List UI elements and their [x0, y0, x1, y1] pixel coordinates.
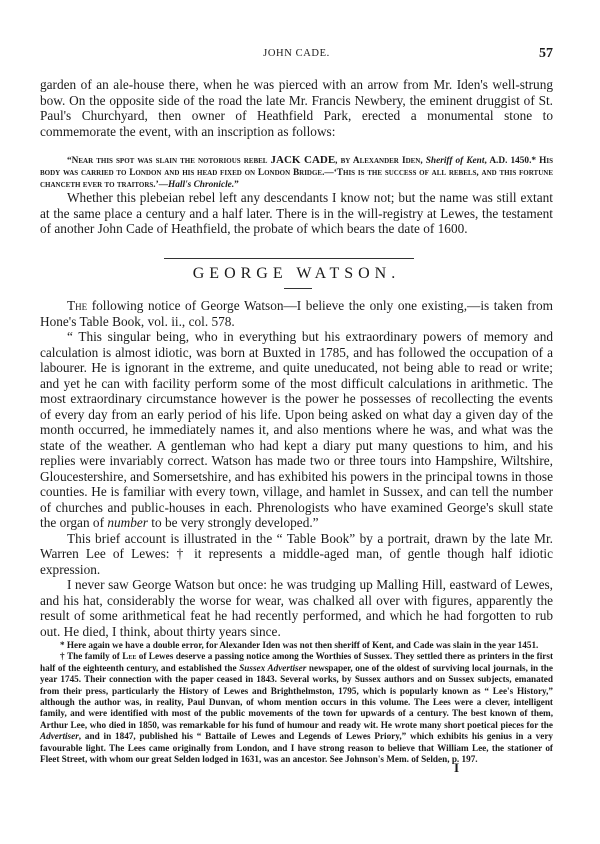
cade-paragraph-1: garden of an ale-house there, when he wa… — [40, 77, 553, 139]
running-head: JOHN CADE. 57 — [40, 46, 553, 62]
footnote-text: , and in 1847, published his “ Battaile … — [40, 731, 553, 764]
signature-mark: I — [454, 760, 459, 776]
heading-rule — [284, 288, 312, 289]
footnote-1: * Here again we have a double error, for… — [40, 640, 553, 651]
footnote-name: Lee — [122, 651, 136, 661]
footnote-2: † The family of Lee of Lewes deserve a p… — [40, 651, 553, 765]
footnote-italic: Sussex Advertiser — [239, 663, 306, 673]
page-number: 57 — [539, 46, 553, 62]
running-title: JOHN CADE. — [40, 48, 553, 59]
watson-body: The following notice of George Watson—I … — [40, 298, 553, 639]
watson-intro: The following notice of George Watson—I … — [40, 298, 553, 329]
footnote-italic: Advertiser — [40, 731, 79, 741]
quote-italic: number — [107, 515, 148, 530]
quote-text: to be very strongly developed.” — [148, 515, 319, 530]
footnotes: * Here again we have a double error, for… — [40, 640, 553, 765]
footnote-text: † The family of — [60, 651, 122, 661]
watson-quote: “ This singular being, who in everything… — [40, 329, 553, 531]
inscription-text: , by Alexander Iden, — [335, 156, 426, 166]
section-heading: GEORGE WATSON. — [40, 265, 553, 283]
inscription-name: JACK CADE — [271, 154, 336, 166]
section-divider — [164, 258, 414, 259]
watson-memory-paragraph: I never saw George Watson but once: he w… — [40, 577, 553, 639]
inscription-italic: Sheriff of Kent — [426, 156, 485, 166]
inscription-text: ” — [234, 180, 239, 190]
cade-paragraph-2: Whether this plebeian rebel left any des… — [40, 190, 553, 237]
monument-inscription: “Near this spot was slain the notorious … — [40, 154, 553, 191]
inscription-source: Hall's Chronicle. — [168, 180, 234, 190]
paragraph-text: following notice of George Watson—I beli… — [40, 298, 553, 329]
lead-word: The — [67, 298, 87, 313]
quote-text: “ This singular being, who in everything… — [40, 329, 553, 530]
paragraph-text: garden of an ale-house there, when he wa… — [40, 77, 553, 139]
paragraph-text: Whether this plebeian rebel left any des… — [40, 190, 553, 237]
watson-portrait-paragraph: This brief account is illustrated in the… — [40, 531, 553, 578]
inscription-text: “Near this spot was slain the notorious … — [67, 156, 271, 166]
